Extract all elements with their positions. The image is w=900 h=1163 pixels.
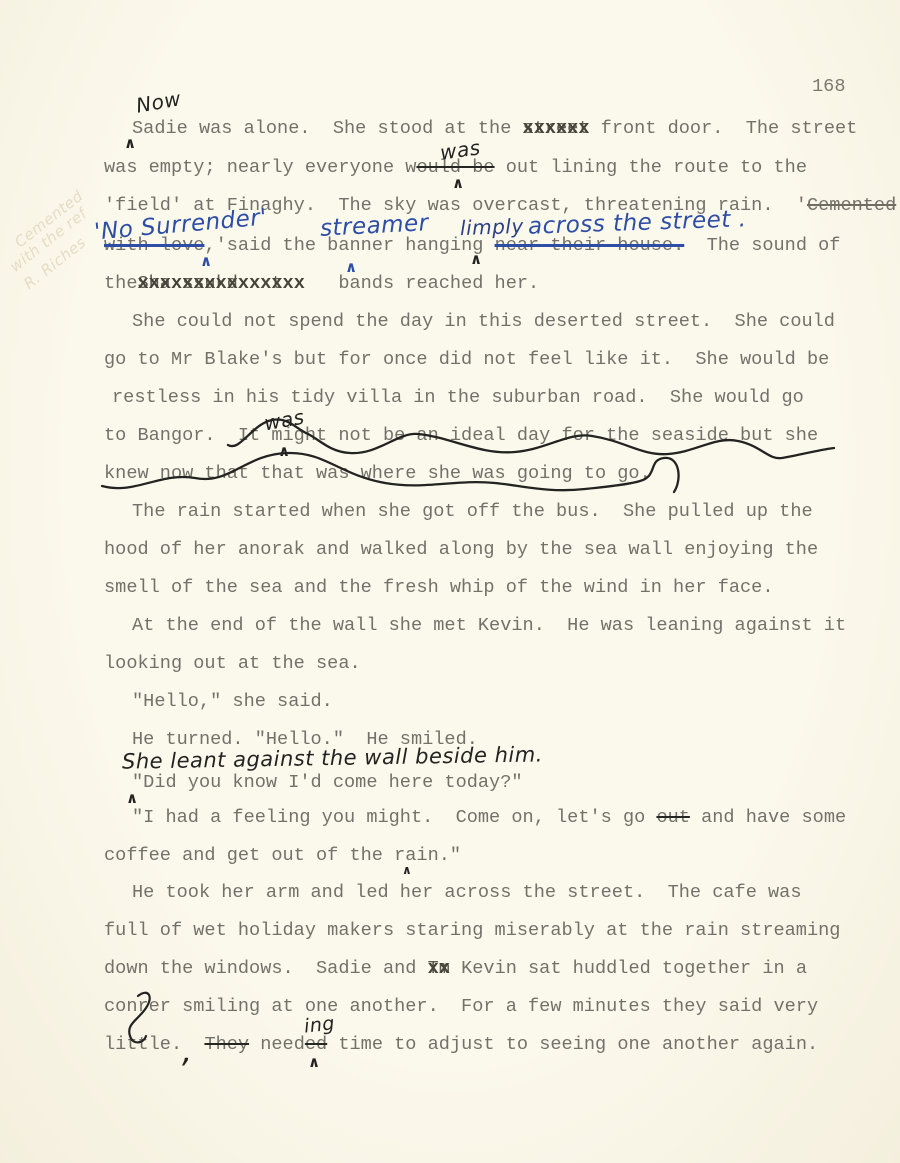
typed-text: conrer smiling at one another. For a few… — [104, 996, 818, 1017]
insert-caret-sadie: ∧ — [124, 136, 136, 151]
typed-line: At the end of the wall she met Kevin. He… — [132, 615, 846, 637]
typed-line: theShaxssukdxxxtxxxxxxxxxxxxxxxxx bands … — [104, 273, 539, 295]
typed-text: looking out at the sea. — [104, 653, 361, 674]
typed-text: time to adjust to seeing one another aga… — [327, 1034, 818, 1055]
typed-line: He took her arm and led her across the s… — [132, 882, 801, 904]
hw-ing: ing — [303, 1012, 336, 1037]
manuscript-page: 168 Sadie was alone. She stood at the st… — [0, 0, 900, 1163]
typed-text: The sound of — [684, 235, 840, 256]
typed-line: full of wet holiday makers staring miser… — [104, 920, 840, 942]
typed-line: down the windows. Sadie and Tmxx Kevin s… — [104, 958, 807, 980]
page-number: 168 — [812, 76, 845, 97]
overstruck-text: Shaxssukdxxxtxxxxxxxxxxxxxxxxx — [137, 273, 304, 295]
typed-text: was empty; nearly everyone w — [104, 157, 416, 178]
overstruck-text: streetxxxxxx — [523, 118, 590, 140]
typed-line: knew now that that was where she was goi… — [104, 463, 651, 485]
typed-line: She could not spend the day in this dese… — [132, 311, 835, 333]
insert-caret-was-2: ∧ — [278, 444, 290, 459]
typed-text: little. — [104, 1034, 182, 1055]
struck-text: out — [656, 807, 689, 828]
typed-line: conrer smiling at one another. For a few… — [104, 996, 818, 1018]
typed-text: to Bangor. It might not be an ideal day … — [104, 425, 818, 446]
typed-line: looking out at the sea. — [104, 653, 361, 675]
typed-line: smell of the sea and the fresh whip of t… — [104, 577, 773, 599]
hw-comma-little: , — [182, 1032, 193, 1070]
typed-text: full of wet holiday makers staring miser… — [104, 920, 840, 941]
insert-caret-hanging: ∧ — [470, 252, 482, 267]
insert-caret-love: ∧ — [200, 254, 212, 269]
insert-caret-did: ∧ — [126, 791, 138, 806]
insert-caret-was-1: ∧ — [452, 176, 464, 191]
hw-now: Now — [134, 86, 183, 117]
typed-text: hood of her anorak and walked along by t… — [104, 539, 818, 560]
typed-text: "I had a feeling you might. Come on, let… — [132, 807, 656, 828]
typed-text: He took her arm and led her across the s… — [132, 882, 801, 903]
typed-line: Sadie was alone. She stood at the street… — [132, 118, 857, 140]
typed-text: "Did you know I'd come here today?" — [132, 772, 523, 793]
typed-text: down the windows. Sadie and — [104, 958, 428, 979]
mark-under-rain: ∧ — [402, 864, 412, 876]
typed-line: "Did you know I'd come here today?" — [132, 772, 523, 794]
typed-line: The rain started when she got off the bu… — [132, 501, 813, 523]
overstruck-text: Tmxx — [428, 958, 450, 980]
hw-limply: limply — [460, 214, 524, 240]
typed-line: restless in his tidy villa in the suburb… — [112, 387, 804, 409]
typed-text: front door. The street — [590, 118, 858, 139]
typed-text: smell of the sea and the fresh whip of t… — [104, 577, 773, 598]
struck-text: They — [204, 1034, 249, 1055]
typed-text: knew now that that was where she was goi… — [104, 463, 651, 484]
typed-text: out lining the route to the — [495, 157, 807, 178]
typed-line: "I had a feeling you might. Come on, let… — [132, 807, 846, 829]
typed-text: "Hello," she said. — [132, 691, 333, 712]
typed-text: The rain started when she got off the bu… — [132, 501, 813, 522]
typed-text: bands reached her. — [305, 273, 539, 294]
typed-line: hood of her anorak and walked along by t… — [104, 539, 818, 561]
typed-text: Sadie was alone. She stood at the — [132, 118, 523, 139]
struck-text: near their house. — [495, 235, 685, 256]
typed-text: and have some — [690, 807, 846, 828]
typed-text: need — [249, 1034, 305, 1055]
struck-text: Cemented — [807, 195, 896, 216]
typed-line: "Hello," she said. — [132, 691, 333, 713]
insert-caret-banner: ∧ — [345, 260, 357, 275]
insert-caret-needed: ∧ — [308, 1055, 320, 1070]
typed-text: go to Mr Blake's but for once did not fe… — [104, 349, 829, 370]
typed-text: the — [104, 273, 137, 294]
typed-text: Kevin sat huddled together in a — [450, 958, 807, 979]
typed-text: restless in his tidy villa in the suburb… — [112, 387, 804, 408]
typed-line: go to Mr Blake's but for once did not fe… — [104, 349, 829, 371]
typed-text: She could not spend the day in this dese… — [132, 311, 835, 332]
typed-line: to Bangor. It might not be an ideal day … — [104, 425, 818, 447]
typed-line: little. They needed time to adjust to se… — [104, 1034, 818, 1056]
typed-text: At the end of the wall she met Kevin. He… — [132, 615, 846, 636]
